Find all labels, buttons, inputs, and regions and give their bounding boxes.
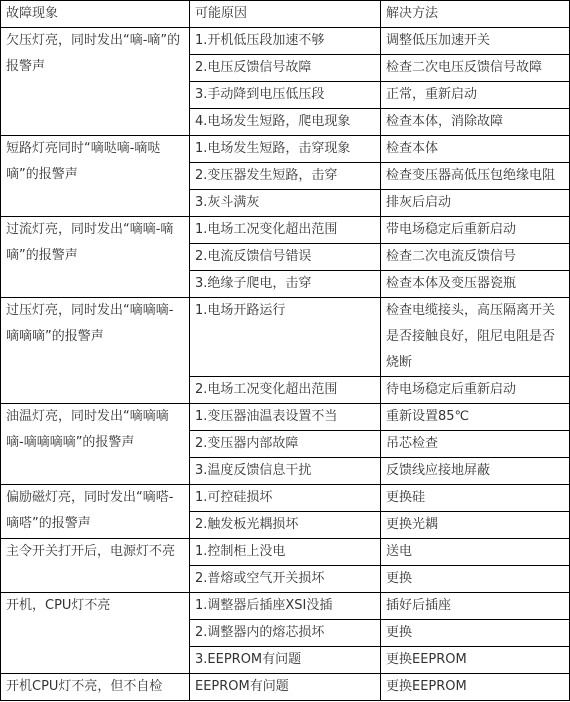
symptom-cell: 偏励磁灯亮，同时发出“嘀嗒-嘀嗒”的报警声 [1, 485, 190, 539]
symptom-cell: 过流灯亮，同时发出“嘀嘀-嘀嘀”的报警声 [1, 217, 190, 298]
symptom-cell: 主令开关打开后，电源灯不亮 [1, 539, 190, 593]
solution-cell: 检查本体及变压器瓷瓶 [381, 271, 570, 298]
solution-cell: 检查本体 [381, 136, 570, 163]
cause-cell: 1.调整器后插座XSI没插 [190, 593, 381, 620]
symptom-cell: 油温灯亮，同时发出“嘀嘀嘀嘀-嘀嘀嘀嘀”的报警声 [1, 404, 190, 485]
cause-cell: 2.变压器发生短路，击穿 [190, 163, 381, 190]
cause-cell: 1.电场开路运行 [190, 298, 381, 377]
solution-cell: 更换硅 [381, 485, 570, 512]
table-row: 过流灯亮，同时发出“嘀嘀-嘀嘀”的报警声 1.电场工况变化超出范围 带电场稳定后… [1, 217, 570, 244]
solution-cell: 重新设置85℃ [381, 404, 570, 431]
cause-cell: 2.调整器内的熔芯损坏 [190, 620, 381, 647]
cause-cell: 1.电场发生短路，击穿现象 [190, 136, 381, 163]
table-row: 主令开关打开后，电源灯不亮 1.控制柜上没电 送电 [1, 539, 570, 566]
cause-cell: 3.EEPROM有问题 [190, 647, 381, 674]
cause-cell: 1.变压器油温表设置不当 [190, 404, 381, 431]
solution-cell: 反馈线应接地屏蔽 [381, 458, 570, 485]
cause-cell: 2.变压器内部故障 [190, 431, 381, 458]
cause-cell: 2.电压反馈信号故障 [190, 55, 381, 82]
solution-cell: 排灰后启动 [381, 190, 570, 217]
table-row: 过压灯亮，同时发出“嘀嘀嘀-嘀嘀嘀”的报警声 1.电场开路运行 检查电缆接头，高… [1, 298, 570, 377]
cause-cell: 3.手动降到电压低压段 [190, 82, 381, 109]
solution-cell: 检查二次电压反馈信号故障 [381, 55, 570, 82]
header-cause: 可能原因 [190, 1, 381, 28]
solution-cell: 检查变压器高低压包绝缘电阻 [381, 163, 570, 190]
cause-cell: 2.电场工况变化超出范围 [190, 377, 381, 404]
fault-troubleshooting-table: 故障现象 可能原因 解决方法 欠压灯亮，同时发出“嘀-嘀”的报警声 1.开机低压… [0, 0, 570, 701]
cause-cell: 1.可控硅损坏 [190, 485, 381, 512]
header-solution: 解决方法 [381, 1, 570, 28]
solution-cell: 检查电缆接头，高压隔离开关是否接触良好，阻尼电阻是否烧断 [381, 298, 570, 377]
solution-cell: 更换光耦 [381, 512, 570, 539]
header-symptom: 故障现象 [1, 1, 190, 28]
table-row: 开机CPU灯不亮，但不自检 EEPROM有问题 更换EEPROM [1, 674, 570, 701]
cause-cell: 3.灰斗满灰 [190, 190, 381, 217]
cause-cell: 3.绝缘子爬电，击穿 [190, 271, 381, 298]
cause-cell: 1.控制柜上没电 [190, 539, 381, 566]
table-row: 开机，CPU灯不亮 1.调整器后插座XSI没插 插好后插座 [1, 593, 570, 620]
symptom-cell: 开机CPU灯不亮，但不自检 [1, 674, 190, 701]
cause-cell: 1.电场工况变化超出范围 [190, 217, 381, 244]
solution-cell: 更换EEPROM [381, 674, 570, 701]
header-row: 故障现象 可能原因 解决方法 [1, 1, 570, 28]
solution-cell: 调整低压加速开关 [381, 28, 570, 55]
solution-cell: 送电 [381, 539, 570, 566]
table-row: 短路灯亮同时“嘀哒嘀-嘀哒嘀”的报警声 1.电场发生短路，击穿现象 检查本体 [1, 136, 570, 163]
cause-cell: 2.触发板光耦损坏 [190, 512, 381, 539]
symptom-cell: 过压灯亮，同时发出“嘀嘀嘀-嘀嘀嘀”的报警声 [1, 298, 190, 404]
table-row: 欠压灯亮，同时发出“嘀-嘀”的报警声 1.开机低压段加速不够 调整低压加速开关 [1, 28, 570, 55]
solution-cell: 待电场稳定后重新启动 [381, 377, 570, 404]
symptom-cell: 欠压灯亮，同时发出“嘀-嘀”的报警声 [1, 28, 190, 136]
cause-cell: 2.普熔或空气开关损坏 [190, 566, 381, 593]
solution-cell: 插好后插座 [381, 593, 570, 620]
table-row: 偏励磁灯亮，同时发出“嘀嗒-嘀嗒”的报警声 1.可控硅损坏 更换硅 [1, 485, 570, 512]
cause-cell: 2.电流反馈信号错误 [190, 244, 381, 271]
solution-cell: 检查二次电流反馈信号 [381, 244, 570, 271]
solution-cell: 更换 [381, 620, 570, 647]
symptom-cell: 开机，CPU灯不亮 [1, 593, 190, 674]
solution-cell: 正常，重新启动 [381, 82, 570, 109]
solution-cell: 带电场稳定后重新启动 [381, 217, 570, 244]
cause-cell: EEPROM有问题 [190, 674, 381, 701]
cause-cell: 4.电场发生短路，爬电现象 [190, 109, 381, 136]
cause-cell: 3.温度反馈信息干扰 [190, 458, 381, 485]
solution-cell: 检查本体，消除故障 [381, 109, 570, 136]
cause-cell: 1.开机低压段加速不够 [190, 28, 381, 55]
solution-cell: 更换EEPROM [381, 647, 570, 674]
solution-cell: 更换 [381, 566, 570, 593]
symptom-cell: 短路灯亮同时“嘀哒嘀-嘀哒嘀”的报警声 [1, 136, 190, 217]
table-row: 油温灯亮，同时发出“嘀嘀嘀嘀-嘀嘀嘀嘀”的报警声 1.变压器油温表设置不当 重新… [1, 404, 570, 431]
solution-cell: 吊芯检查 [381, 431, 570, 458]
